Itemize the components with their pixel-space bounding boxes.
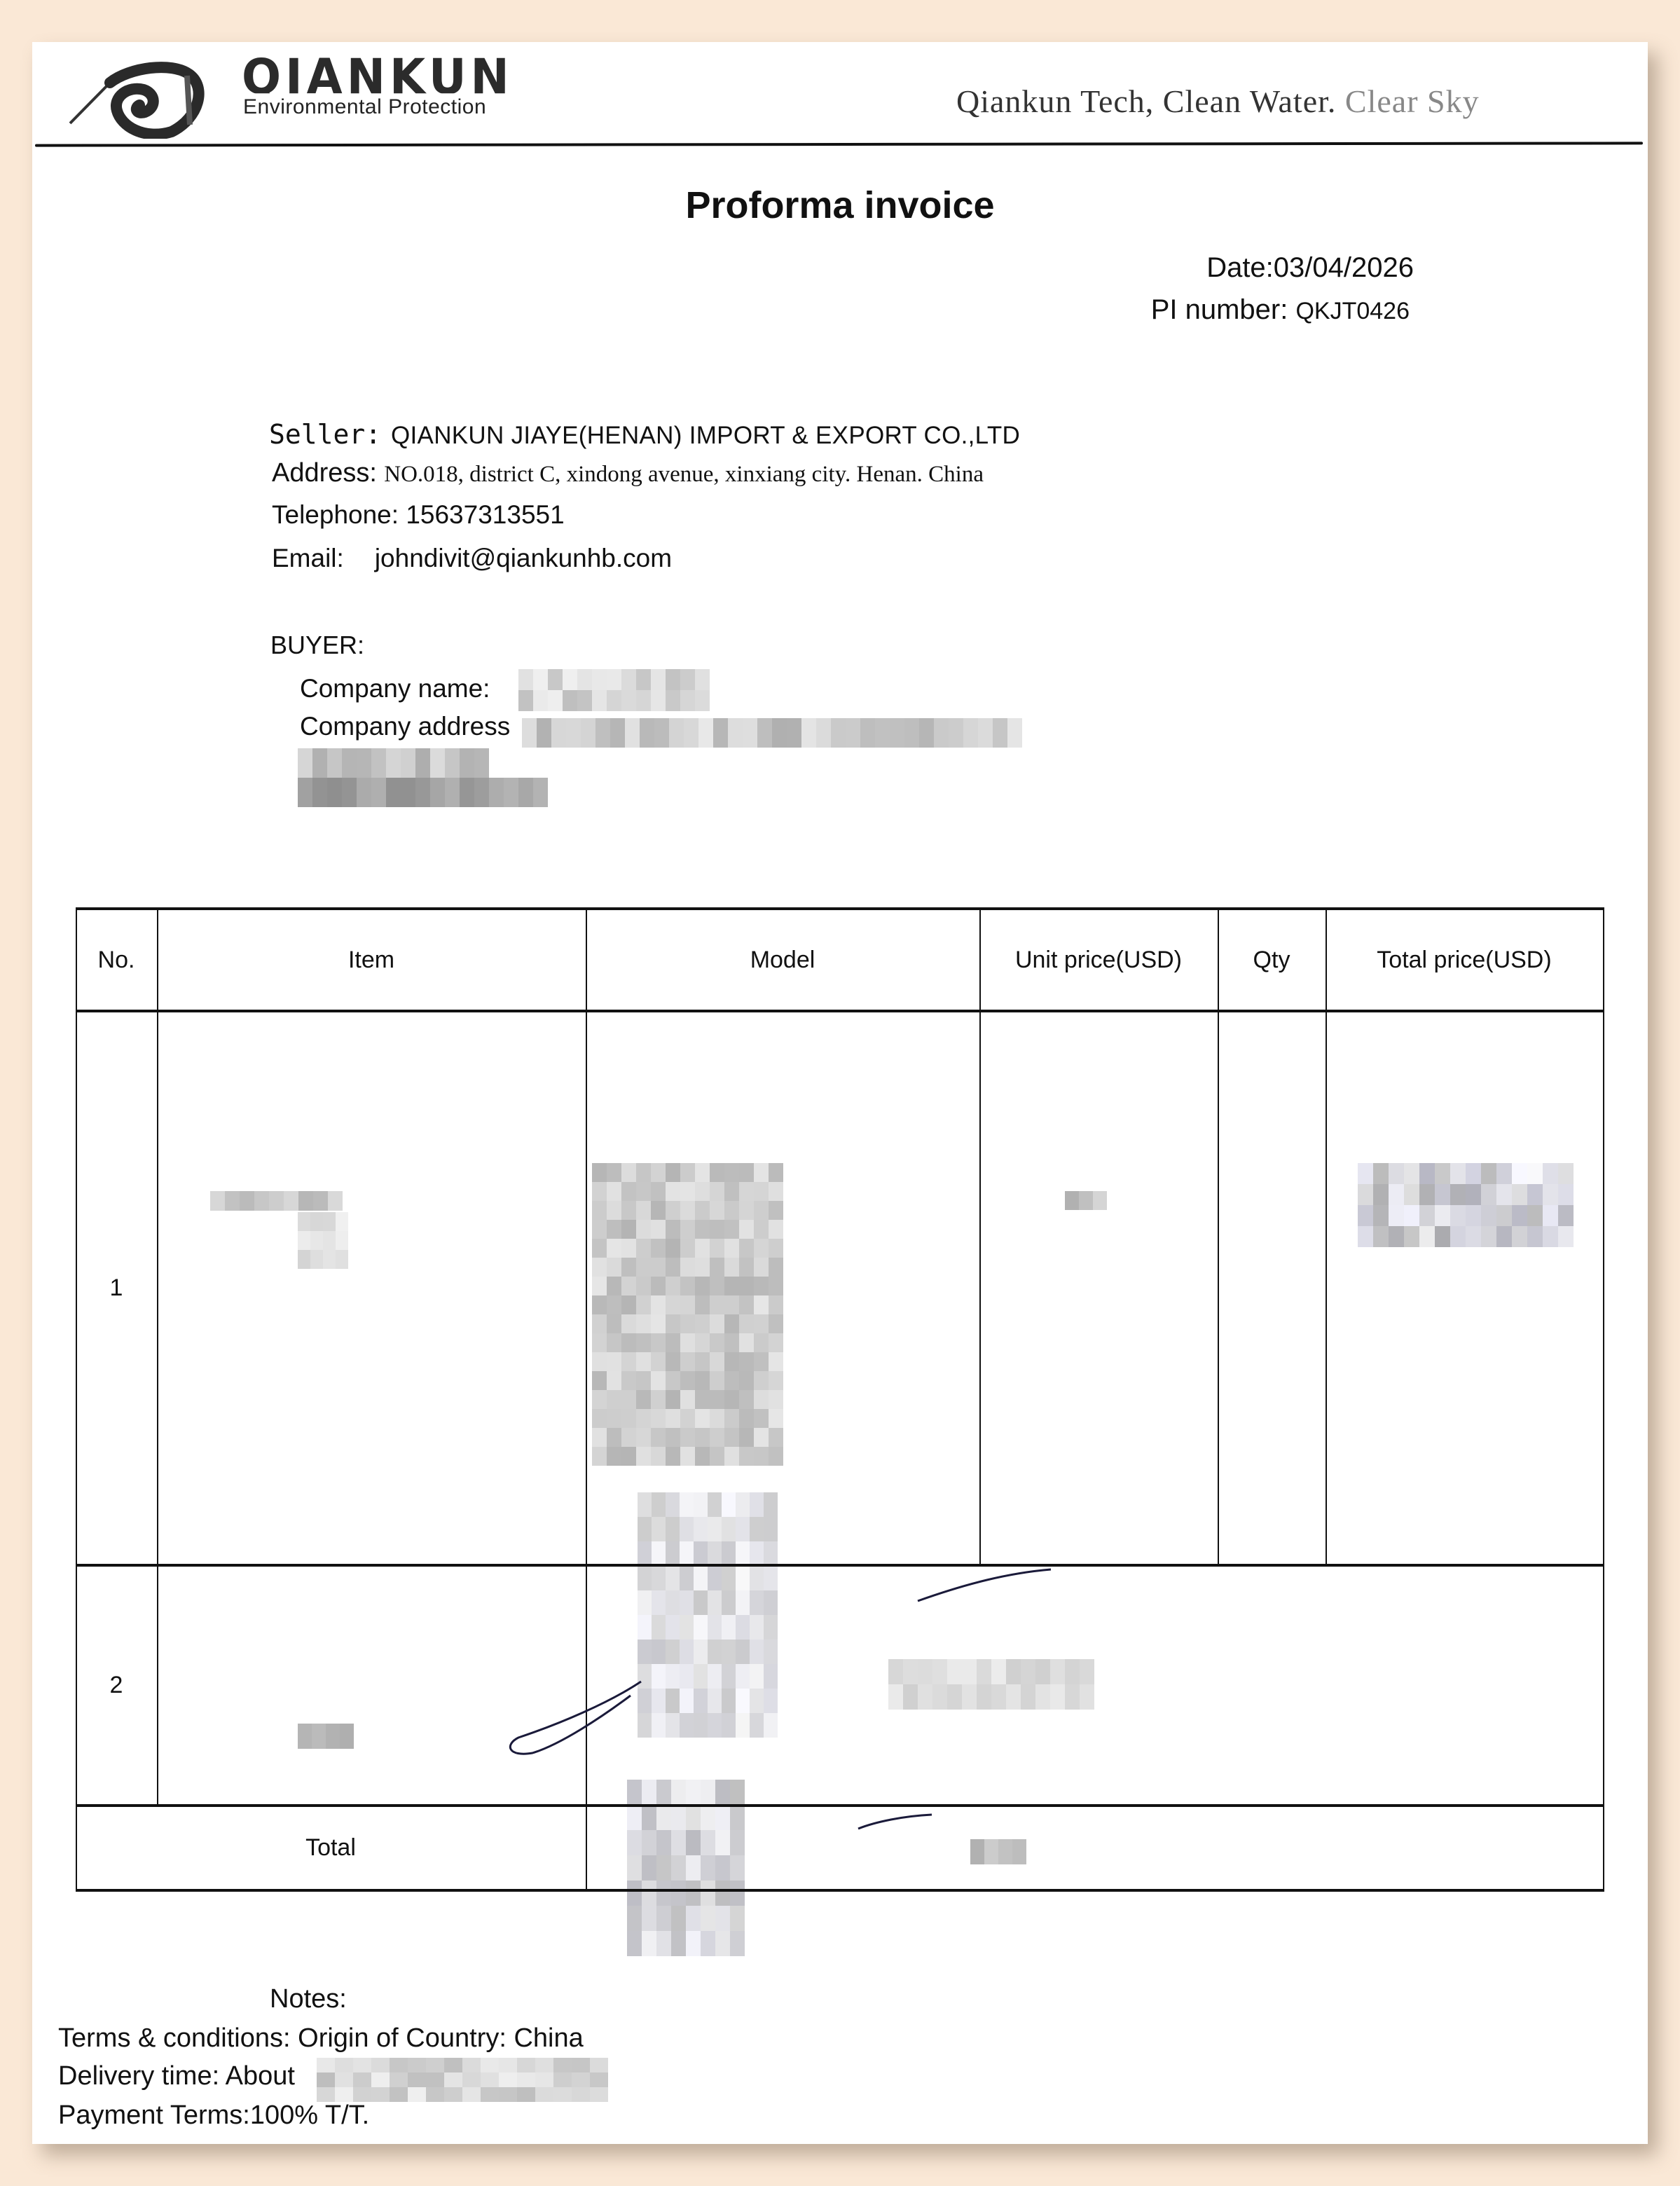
redacted-company-address-3	[298, 778, 548, 807]
col-border-item	[586, 907, 587, 1892]
header-total-price: Total price(USD)	[1326, 907, 1603, 1012]
invoice-date: Date:03/04/2026	[1206, 252, 1414, 284]
date-value: 03/04/2026	[1274, 252, 1414, 283]
row-divider-1	[76, 1564, 1604, 1567]
slogan-faded: Clear Sky	[1345, 83, 1480, 119]
pi-label: PI number:	[1151, 294, 1288, 325]
notes-label: Notes:	[270, 1984, 347, 2014]
header-qty: Qty	[1218, 907, 1326, 1012]
slogan-main: Qiankun Tech, Clean Water.	[956, 83, 1336, 119]
payment-terms: Payment Terms:100% T/T.	[58, 2101, 369, 2131]
header-unit-price: Unit price(USD)	[979, 907, 1218, 1012]
seller-telephone: Telephone: 15637313551	[272, 500, 565, 530]
seller-name: QIANKUN JIAYE(HENAN) IMPORT & EXPORT CO.…	[391, 422, 1020, 450]
row-1-no: 1	[76, 1012, 157, 1564]
col-border-right	[1603, 907, 1604, 1892]
col-border-no	[157, 907, 158, 1806]
address-label: Address:	[272, 458, 377, 488]
delivery-time-label: Delivery time: About	[58, 2061, 295, 2091]
seller-label: Seller:	[269, 419, 381, 450]
email-value: johndivit@qiankunhb.com	[375, 544, 672, 572]
seller-address: Address: NO.018, district C, xindong ave…	[272, 458, 984, 488]
company-address-label: Company address	[300, 712, 510, 741]
total-label: Total	[76, 1807, 586, 1889]
header-item: Item	[157, 907, 586, 1012]
company-slogan: Qiankun Tech, Clean Water. Clear Sky	[956, 83, 1480, 120]
document-title: Proforma invoice	[0, 184, 1680, 227]
header-no: No.	[76, 907, 157, 1012]
telephone-value: 15637313551	[406, 500, 564, 529]
header-model: Model	[586, 907, 979, 1012]
redacted-company-address-1	[522, 718, 1022, 748]
pi-number: PI number: QKJT0426	[1151, 294, 1410, 326]
date-label: Date:	[1206, 252, 1274, 283]
redacted-company-address-2	[298, 748, 489, 778]
telephone-label: Telephone:	[272, 500, 399, 529]
logo-subtitle: Environmental Protection	[243, 95, 486, 119]
redacted-delivery-time	[317, 2058, 608, 2102]
buyer-label: BUYER:	[270, 631, 364, 660]
logo-wordmark: QIANKUN	[242, 55, 514, 94]
company-name-label: Company name:	[300, 674, 490, 703]
email-label: Email:	[272, 544, 344, 572]
seller-email: Email:johndivit@qiankunhb.com	[272, 544, 672, 573]
row-2-no: 2	[76, 1567, 157, 1804]
pi-value: QKJT0426	[1295, 298, 1410, 324]
items-table: No. Item Model Unit price(USD) Qty Total…	[76, 907, 1604, 1892]
terms-conditions: Terms & conditions: Origin of Country: C…	[58, 2023, 584, 2054]
swirl-leaf-logo-icon	[67, 62, 235, 139]
address-value: NO.018, district C, xindong avenue, xinx…	[384, 462, 984, 487]
redacted-company-name	[518, 669, 710, 711]
table-border-bottom	[76, 1889, 1604, 1892]
